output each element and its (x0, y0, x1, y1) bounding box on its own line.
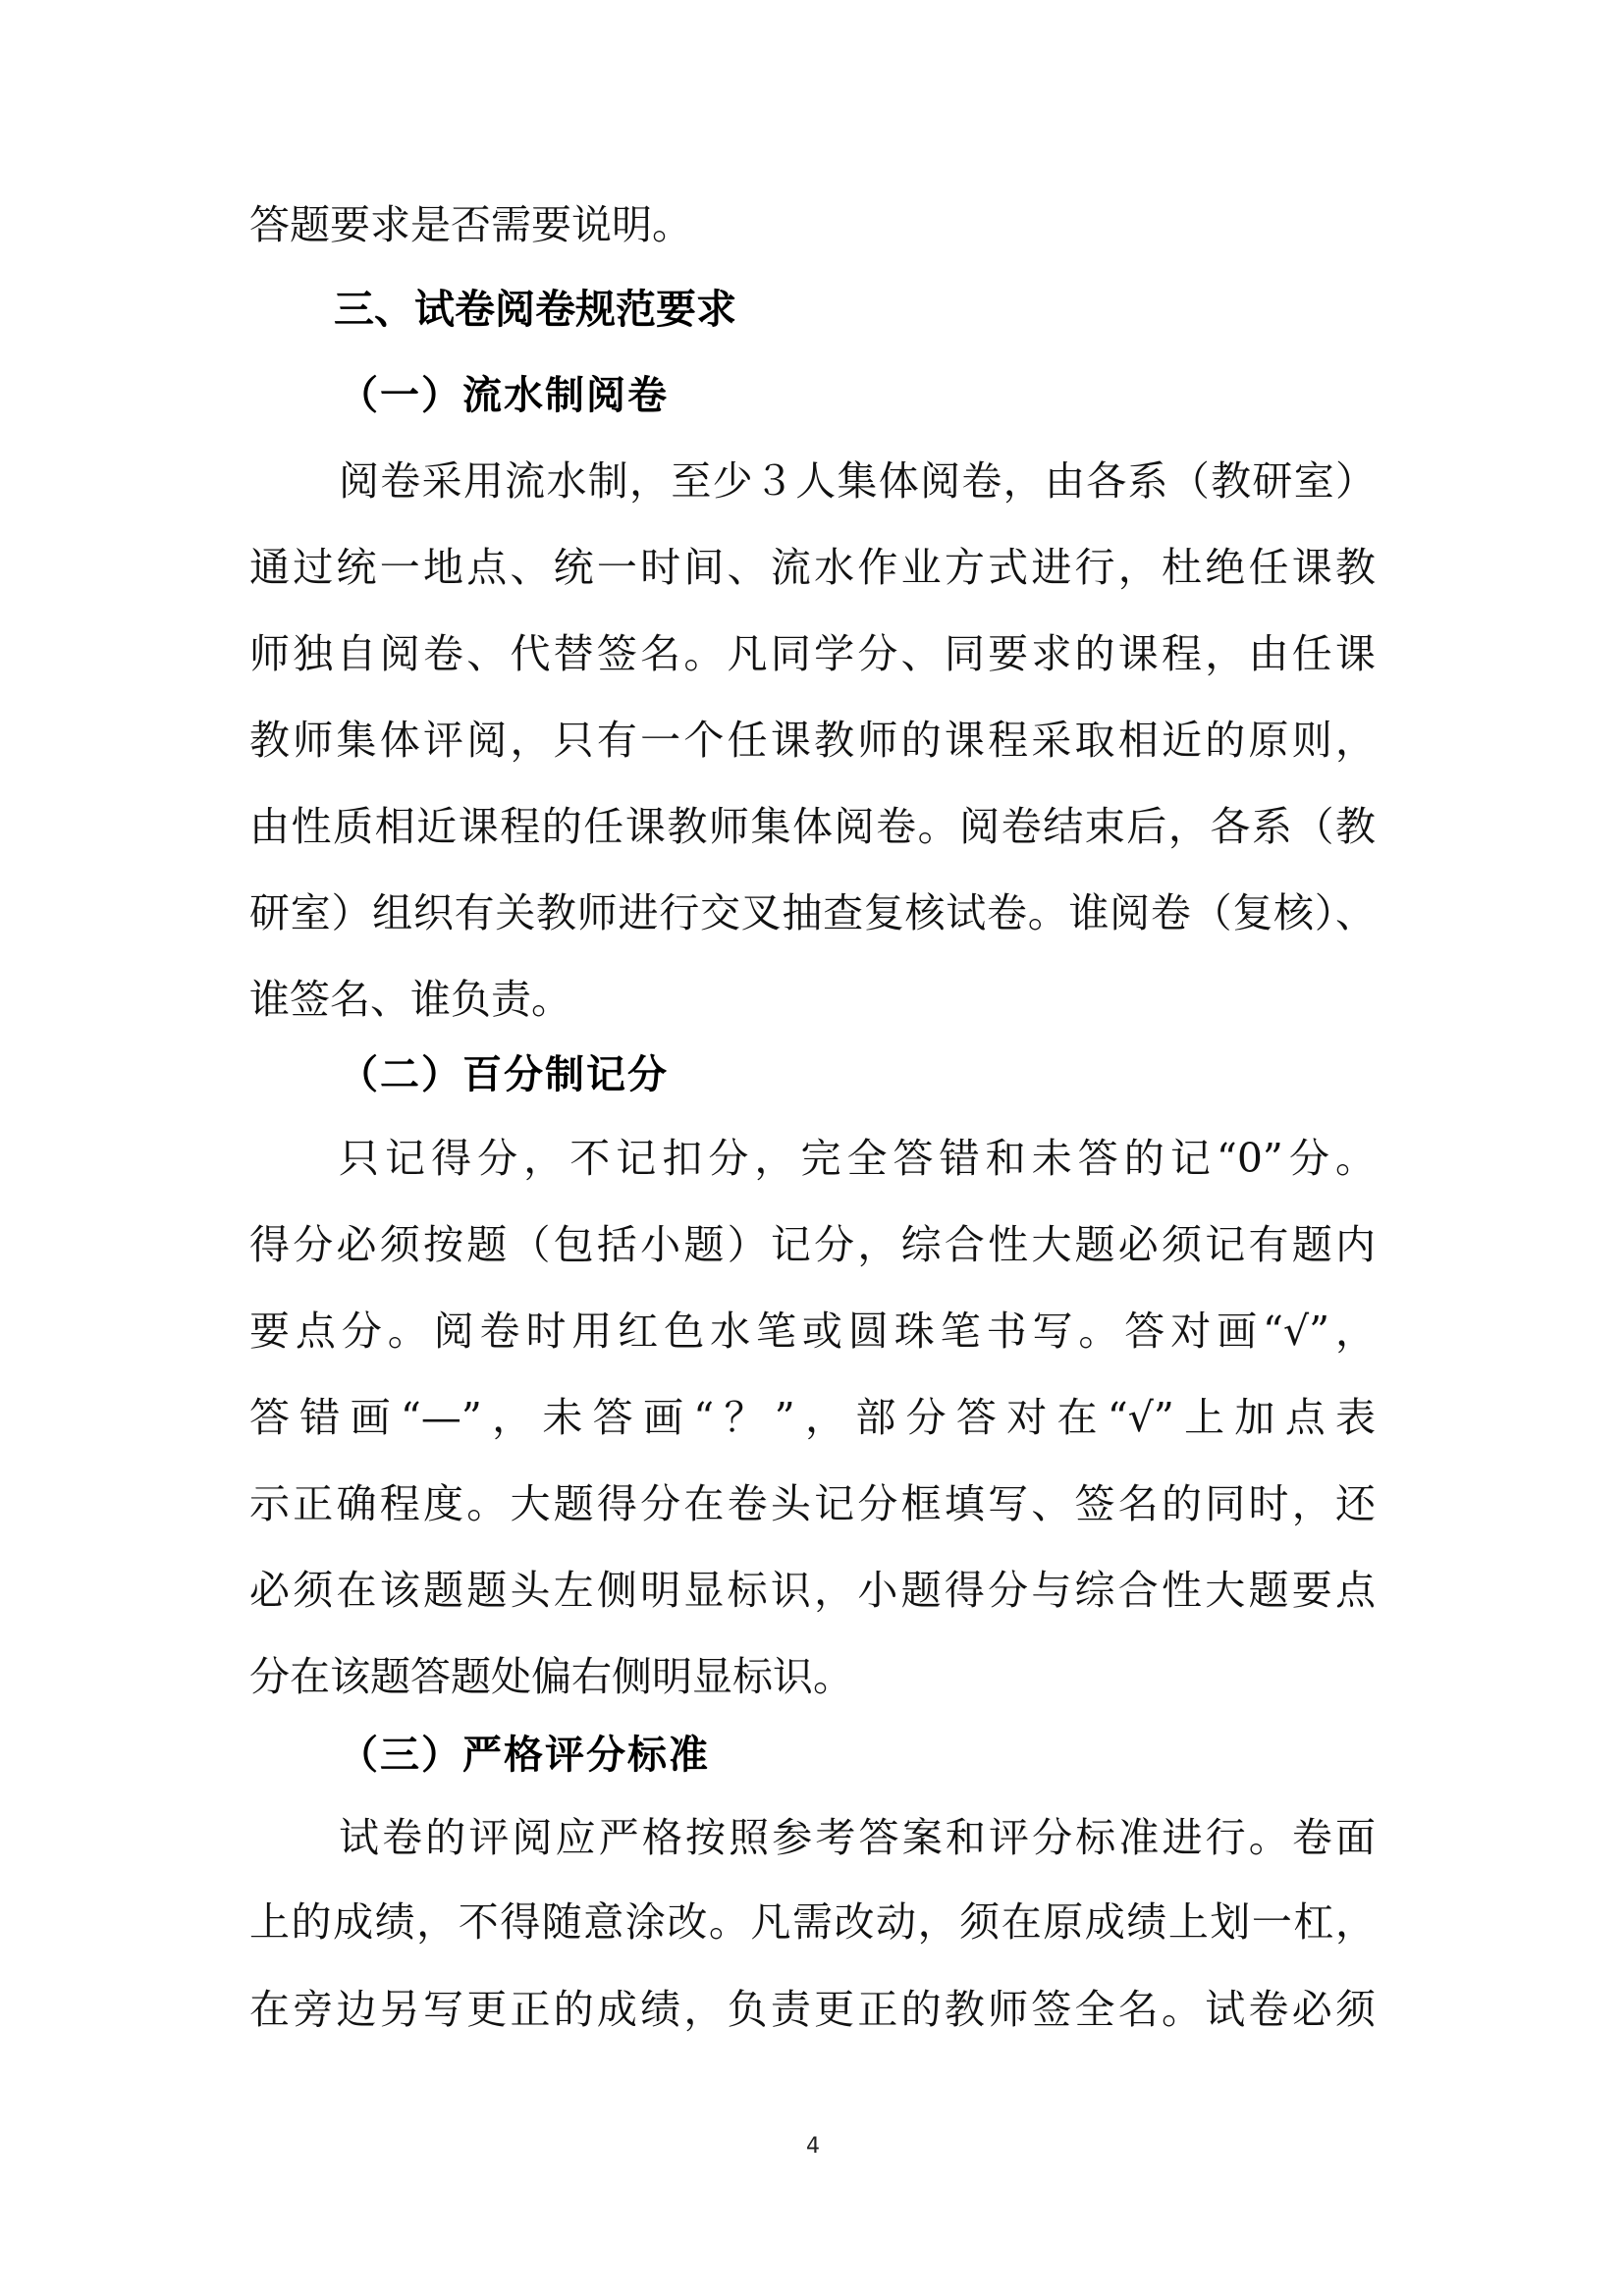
paragraph-line: 答错画“—”，未答画“？”，部分答对在“√”上加点表 (249, 1393, 1376, 1442)
page-number: 4 (801, 2134, 825, 2159)
continuation-line: 答题要求是否需要说明。 (249, 200, 1376, 249)
subsection-heading-1: （一）流水制阅卷 (339, 371, 669, 420)
subsection-heading-3: （三）严格评分标准 (339, 1731, 710, 1780)
document-page: 答题要求是否需要说明。 三、试卷阅卷规范要求 （一）流水制阅卷 阅卷采用流水制，… (0, 0, 1624, 2296)
paragraph-line: 教师集体评阅，只有一个任课教师的课程采取相近的原则， (249, 716, 1376, 765)
section-heading: 三、试卷阅卷规范要求 (334, 285, 736, 334)
paragraph-line: 谁签名、谁负责。 (249, 975, 1376, 1024)
paragraph-line: 试卷的评阅应严格按照参考答案和评分标准进行。卷面 (339, 1813, 1376, 1862)
paragraph-line: 研室）组织有关教师进行交叉抽查复核试卷。谁阅卷（复核）、 (249, 888, 1376, 937)
paragraph-line: 分在该题答题处偏右侧明显标识。 (249, 1652, 1376, 1701)
paragraph-line: 只记得分，不记扣分，完全答错和未答的记“0”分。 (339, 1134, 1376, 1183)
subsection-heading-2: （二）百分制记分 (339, 1050, 669, 1099)
paragraph-line: 必须在该题题头左侧明显标识，小题得分与综合性大题要点 (249, 1566, 1376, 1615)
paragraph-line: 阅卷采用流水制，至少３人集体阅卷，由各系（教研室） (339, 456, 1376, 506)
paragraph-line: 师独自阅卷、代替签名。凡同学分、同要求的课程，由任课 (249, 629, 1376, 678)
paragraph-line: 由性质相近课程的任课教师集体阅卷。阅卷结束后，各系（教 (249, 802, 1376, 851)
paragraph-line: 通过统一地点、统一时间、流水作业方式进行，杜绝任课教 (249, 543, 1376, 592)
paragraph-line: 上的成绩，不得随意涂改。凡需改动，须在原成绩上划一杠， (249, 1897, 1376, 1947)
paragraph-line: 得分必须按题（包括小题）记分，综合性大题必须记有题内 (249, 1220, 1376, 1269)
paragraph-line: 要点分。阅卷时用红色水笔或圆珠笔书写。答对画“√”， (249, 1307, 1376, 1356)
paragraph-line: 在旁边另写更正的成绩，负责更正的教师签全名。试卷必须 (249, 1985, 1376, 2034)
paragraph-line: 示正确程度。大题得分在卷头记分框填写、签名的同时，还 (249, 1479, 1376, 1528)
